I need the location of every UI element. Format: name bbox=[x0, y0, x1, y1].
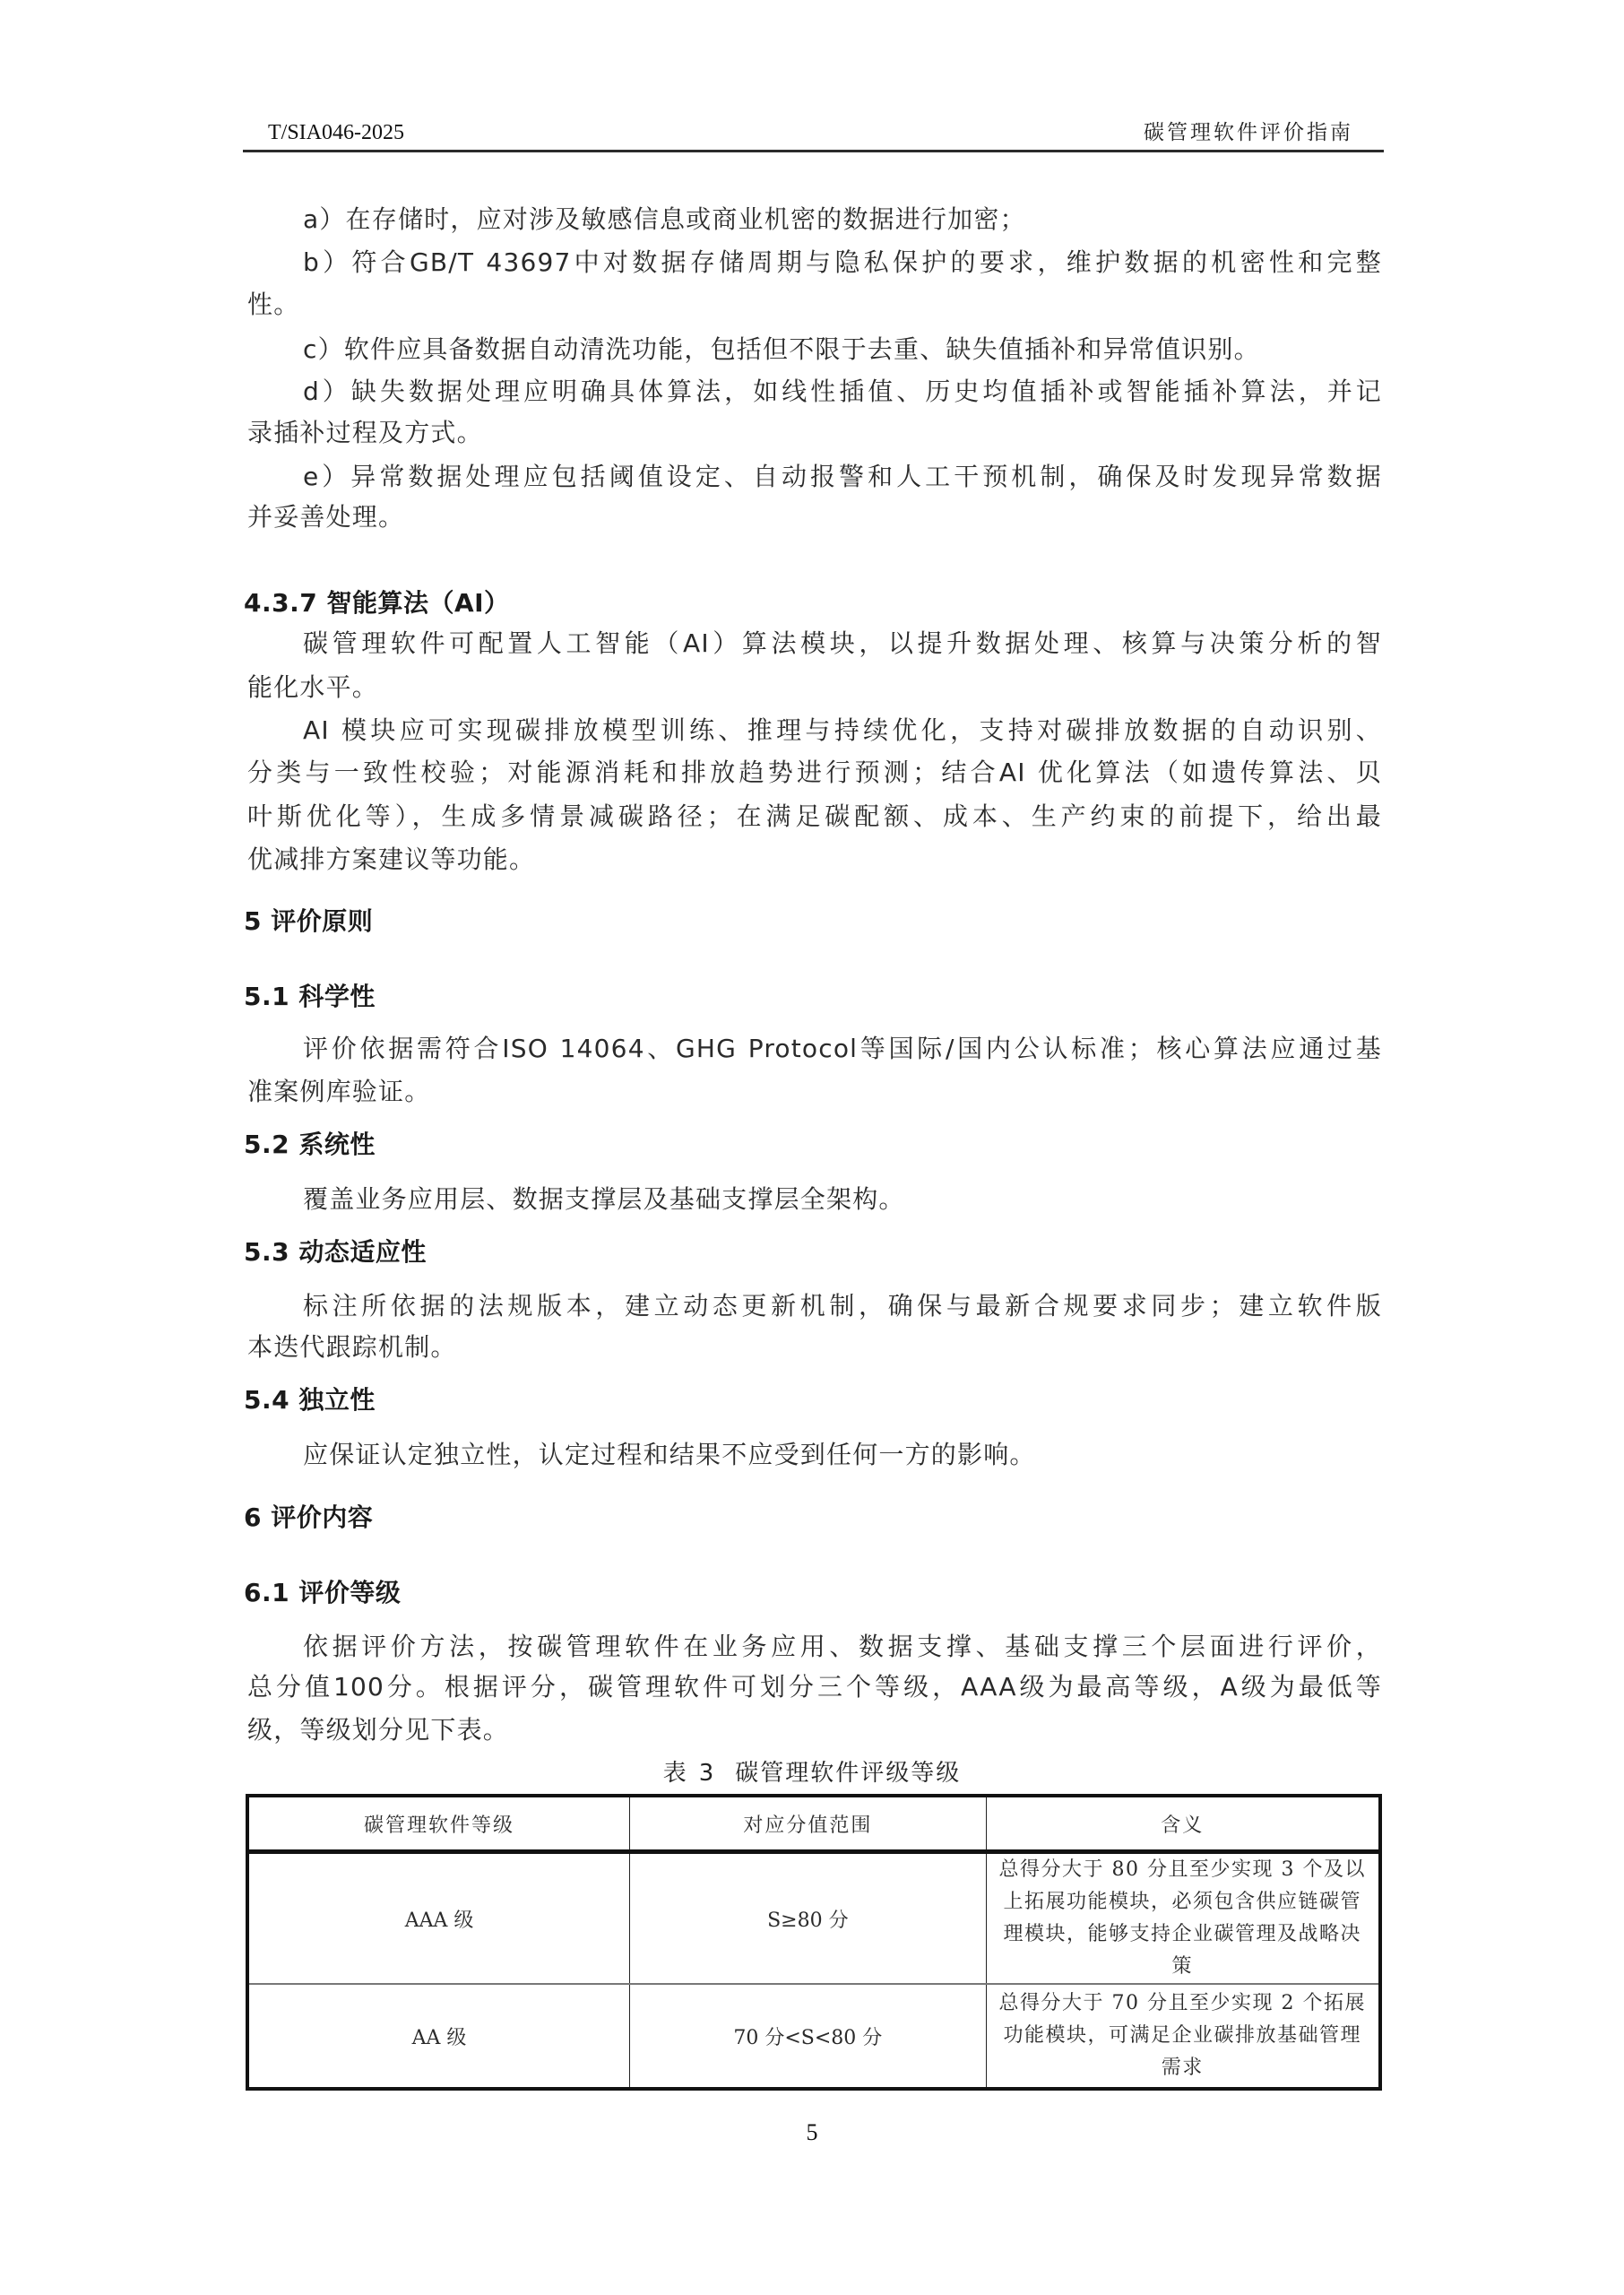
list-item-b-cont: 性。 bbox=[247, 290, 1382, 320]
grades-table: 碳管理软件等级 对应分值范围 含义 AAA 级 S≥80 分 总得分大于 80 … bbox=[246, 1794, 1382, 2091]
paragraph-line: AI 模块应可实现碳排放模型训练、推理与持续优化，支持对碳排放数据的自动识别、 bbox=[303, 715, 1382, 746]
section-heading-6-1: 6.1 评价等级 bbox=[244, 1578, 401, 1608]
list-item-a: a）在存储时，应对涉及敏感信息或商业机密的数据进行加密； bbox=[303, 204, 1382, 235]
paragraph-line: 优减排方案建议等功能。 bbox=[247, 844, 1382, 875]
header-doc-title: 碳管理软件评价指南 bbox=[1144, 120, 1353, 145]
table-row: AAA 级 S≥80 分 总得分大于 80 分且至少实现 3 个及以上拓展功能模… bbox=[247, 1852, 1380, 1985]
table-caption-number: 3 bbox=[699, 1760, 716, 1787]
section-heading-5-4: 5.4 独立性 bbox=[244, 1385, 376, 1416]
cell-grade: AAA 级 bbox=[247, 1852, 630, 1985]
paragraph-line: 依据评价方法，按碳管理软件在业务应用、数据支撑、基础支撑三个层面进行评价， bbox=[303, 1632, 1382, 1662]
section-heading-5: 5 评价原则 bbox=[244, 906, 373, 937]
paragraph-line: 能化水平。 bbox=[247, 672, 1382, 703]
list-item-d-cont: 录插补过程及方式。 bbox=[247, 418, 1382, 448]
cell-range: S≥80 分 bbox=[630, 1852, 986, 1985]
list-item-d: d）缺失数据处理应明确具体算法，如线性插值、历史均值插补或智能插补算法，并记 bbox=[303, 377, 1382, 407]
cell-grade: AA 级 bbox=[247, 1984, 630, 2089]
list-item-c: c）软件应具备数据自动清洗功能，包括但不限于去重、缺失值插补和异常值识别。 bbox=[303, 334, 1382, 365]
column-header-meaning: 含义 bbox=[986, 1796, 1380, 1852]
column-header-grade: 碳管理软件等级 bbox=[247, 1796, 630, 1852]
table-caption-title: 碳管理软件评级等级 bbox=[735, 1760, 961, 1787]
section-heading-4-3-7: 4.3.7 智能算法（AI） bbox=[244, 588, 510, 619]
header-doc-number: T/SIA046-2025 bbox=[268, 120, 404, 145]
paragraph-line: 本迭代跟踪机制。 bbox=[247, 1332, 1382, 1363]
paragraph-line: 准案例库验证。 bbox=[247, 1077, 1382, 1107]
table-caption: 表3碳管理软件评级等级 bbox=[0, 1759, 1624, 1788]
list-item-e-cont: 并妥善处理。 bbox=[247, 502, 1382, 533]
section-heading-5-1: 5.1 科学性 bbox=[244, 982, 376, 1012]
cell-meaning: 总得分大于 70 分且至少实现 2 个拓展功能模块，可满足企业碳排放基础管理需求 bbox=[986, 1984, 1380, 2089]
paragraph-line: 标注所依据的法规版本，建立动态更新机制，确保与最新合规要求同步；建立软件版 bbox=[303, 1291, 1382, 1321]
header-rule bbox=[243, 150, 1384, 152]
cell-range: 70 分<S<80 分 bbox=[630, 1984, 986, 2089]
paragraph-line: 覆盖业务应用层、数据支撑层及基础支撑层全架构。 bbox=[303, 1184, 1382, 1215]
table-caption-prefix: 表 bbox=[663, 1760, 688, 1787]
page-number: 5 bbox=[0, 2119, 1624, 2146]
paragraph-line: 叶斯优化等），生成多情景减碳路径；在满足碳配额、成本、生产约束的前提下，给出最 bbox=[247, 801, 1382, 832]
section-heading-6: 6 评价内容 bbox=[244, 1503, 373, 1533]
paragraph-line: 评价依据需符合ISO 14064、GHG Protocol等国际/国内公认标准；… bbox=[303, 1034, 1382, 1064]
column-header-range: 对应分值范围 bbox=[630, 1796, 986, 1852]
list-item-b: b）符合GB/T 43697中对数据存储周期与隐私保护的要求，维护数据的机密性和… bbox=[303, 247, 1382, 278]
list-item-e: e）异常数据处理应包括阈值设定、自动报警和人工干预机制，确保及时发现异常数据 bbox=[303, 462, 1382, 492]
table-row: AA 级 70 分<S<80 分 总得分大于 70 分且至少实现 2 个拓展功能… bbox=[247, 1984, 1380, 2089]
paragraph-line: 总分值100分。根据评分，碳管理软件可划分三个等级，AAA级为最高等级，A级为最… bbox=[247, 1672, 1382, 1702]
paragraph-line: 应保证认定独立性，认定过程和结果不应受到任何一方的影响。 bbox=[303, 1440, 1382, 1470]
paragraph-line: 分类与一致性校验；对能源消耗和排放趋势进行预测；结合AI 优化算法（如遗传算法、… bbox=[247, 758, 1382, 788]
section-heading-5-2: 5.2 系统性 bbox=[244, 1130, 376, 1160]
table-header-row: 碳管理软件等级 对应分值范围 含义 bbox=[247, 1796, 1380, 1852]
document-page: T/SIA046-2025 碳管理软件评价指南 a）在存储时，应对涉及敏感信息或… bbox=[0, 0, 1624, 2295]
paragraph-line: 碳管理软件可配置人工智能（AI）算法模块，以提升数据处理、核算与决策分析的智 bbox=[303, 628, 1382, 659]
cell-meaning: 总得分大于 80 分且至少实现 3 个及以上拓展功能模块，必须包含供应链碳管理模… bbox=[986, 1852, 1380, 1985]
paragraph-line: 级，等级划分见下表。 bbox=[247, 1715, 1382, 1745]
section-heading-5-3: 5.3 动态适应性 bbox=[244, 1237, 427, 1268]
